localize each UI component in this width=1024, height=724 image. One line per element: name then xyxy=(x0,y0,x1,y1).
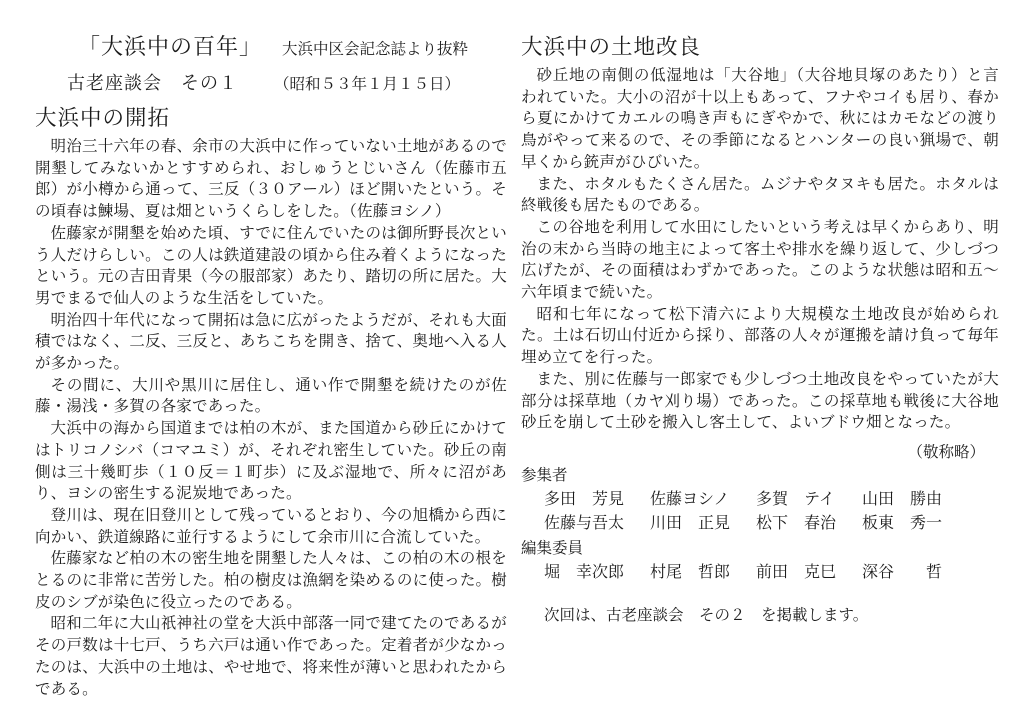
participant-name: 板東 秀一 xyxy=(862,512,968,537)
left-body-text: 明治三十六年の春、余市の大浜中に作っていない土地があるので開墾してみないかとすす… xyxy=(35,136,507,700)
participant-name: 川田 正見 xyxy=(650,512,756,537)
editors-heading: 編集委員 xyxy=(521,537,999,561)
editors-row: 堀 幸次郎 村尾 哲郎 前田 克巳 深谷 哲 xyxy=(521,561,999,586)
honorifics-omitted-note: （敬称略） xyxy=(521,442,999,464)
paragraph: また、別に佐藤与一郎家でも少しづつ土地改良をやっていたが大部分は採草地（カヤ刈り… xyxy=(521,369,999,434)
date-note: （昭和５３年１月１５日） xyxy=(274,72,460,94)
paragraph: 砂丘地の南側の低湿地は「大谷地」（大谷地貝塚のあたり）と言われていた。大小の沼が… xyxy=(521,65,999,174)
next-issue-note: 次回は、古老座談会 その２ を掲載します。 xyxy=(521,605,999,627)
section-heading-pioneering: 大浜中の開拓 xyxy=(35,101,507,132)
participants-row: 多田 芳見 佐藤ヨシノ 多賀 テイ 山田 勝由 xyxy=(521,488,999,513)
paragraph: また、ホタルもたくさん居た。ムジナやタヌキも居た。ホタルは終戦後も居たものである… xyxy=(521,174,999,217)
left-column: 「大浜中の百年」 大浜中区会記念誌より抜粋 古老座談会 その１ （昭和５３年１月… xyxy=(35,0,507,700)
participants-heading: 参集者 xyxy=(521,464,999,488)
title-source-note: 大浜中区会記念誌より抜粋 xyxy=(282,37,468,59)
header-line-1: 「大浜中の百年」 大浜中区会記念誌より抜粋 xyxy=(35,30,507,61)
paragraph: その間に、大川や黒川に居住し、通い作で開墾を続けたのが佐藤・湯浅・多賀の各家であ… xyxy=(35,375,507,418)
document-page: 「大浜中の百年」 大浜中区会記念誌より抜粋 古老座談会 その１ （昭和５３年１月… xyxy=(0,0,1024,724)
participant-name: 松下 春治 xyxy=(756,512,862,537)
editor-name: 堀 幸次郎 xyxy=(544,561,650,586)
paragraph: 明治三十六年の春、余市の大浜中に作っていない土地があるので開墾してみないかとすす… xyxy=(35,136,507,223)
editor-name: 村尾 哲郎 xyxy=(650,561,756,586)
right-column: 大浜中の土地改良 砂丘地の南側の低湿地は「大谷地」（大谷地貝塚のあたり）と言われ… xyxy=(521,0,999,627)
paragraph: 大浜中の海から国道までは柏の木が、また国道から砂丘にかけてはトリコノシバ（コマユ… xyxy=(35,418,507,505)
paragraph: 昭和二年に大山祇神社の堂を大浜中部落一同で建てたのであるがその戸数は十七戸、うち… xyxy=(35,613,507,700)
paragraph: 昭和七年になって松下清六により大規模な土地改良が始められた。土は石切山付近から採… xyxy=(521,304,999,369)
participant-name: 山田 勝由 xyxy=(862,488,968,513)
editor-name: 深谷 哲 xyxy=(862,561,968,586)
paragraph: 佐藤家など柏の木の密生地を開墾した人々は、この柏の木の根をとるのに非常に苦労した… xyxy=(35,548,507,613)
paragraph: 佐藤家が開墾を始めた頃、すでに住んでいたのは御所野長次という人だけらしい。この人… xyxy=(35,223,507,310)
participant-name: 佐藤与吾太 xyxy=(544,512,650,537)
paragraph: 登川は、現在旧登川として残っているとおり、今の旭橋から西に向かい、鉄道線路に並行… xyxy=(35,505,507,548)
document-title: 「大浜中の百年」 xyxy=(78,30,262,61)
header-line-2: 古老座談会 その１ （昭和５３年１月１５日） xyxy=(35,69,507,95)
participants-row: 佐藤与吾太 川田 正見 松下 春治 板東 秀一 xyxy=(521,512,999,537)
section-heading-land-improvement: 大浜中の土地改良 xyxy=(521,30,999,61)
participant-name: 多田 芳見 xyxy=(544,488,650,513)
editor-name: 前田 克巳 xyxy=(756,561,862,586)
document-subtitle: 古老座談会 その１ xyxy=(67,69,238,95)
paragraph: 明治四十年代になって開拓は急に広がったようだが、それも大面積ではなく、二反、三反… xyxy=(35,310,507,375)
participant-name: 佐藤ヨシノ xyxy=(650,488,756,513)
paragraph: この谷地を利用して水田にしたいという考えは早くからあり、明治の末から当時の地主に… xyxy=(521,217,999,304)
right-body-text: 砂丘地の南側の低湿地は「大谷地」（大谷地貝塚のあたり）と言われていた。大小の沼が… xyxy=(521,65,999,434)
participant-name: 多賀 テイ xyxy=(756,488,862,513)
